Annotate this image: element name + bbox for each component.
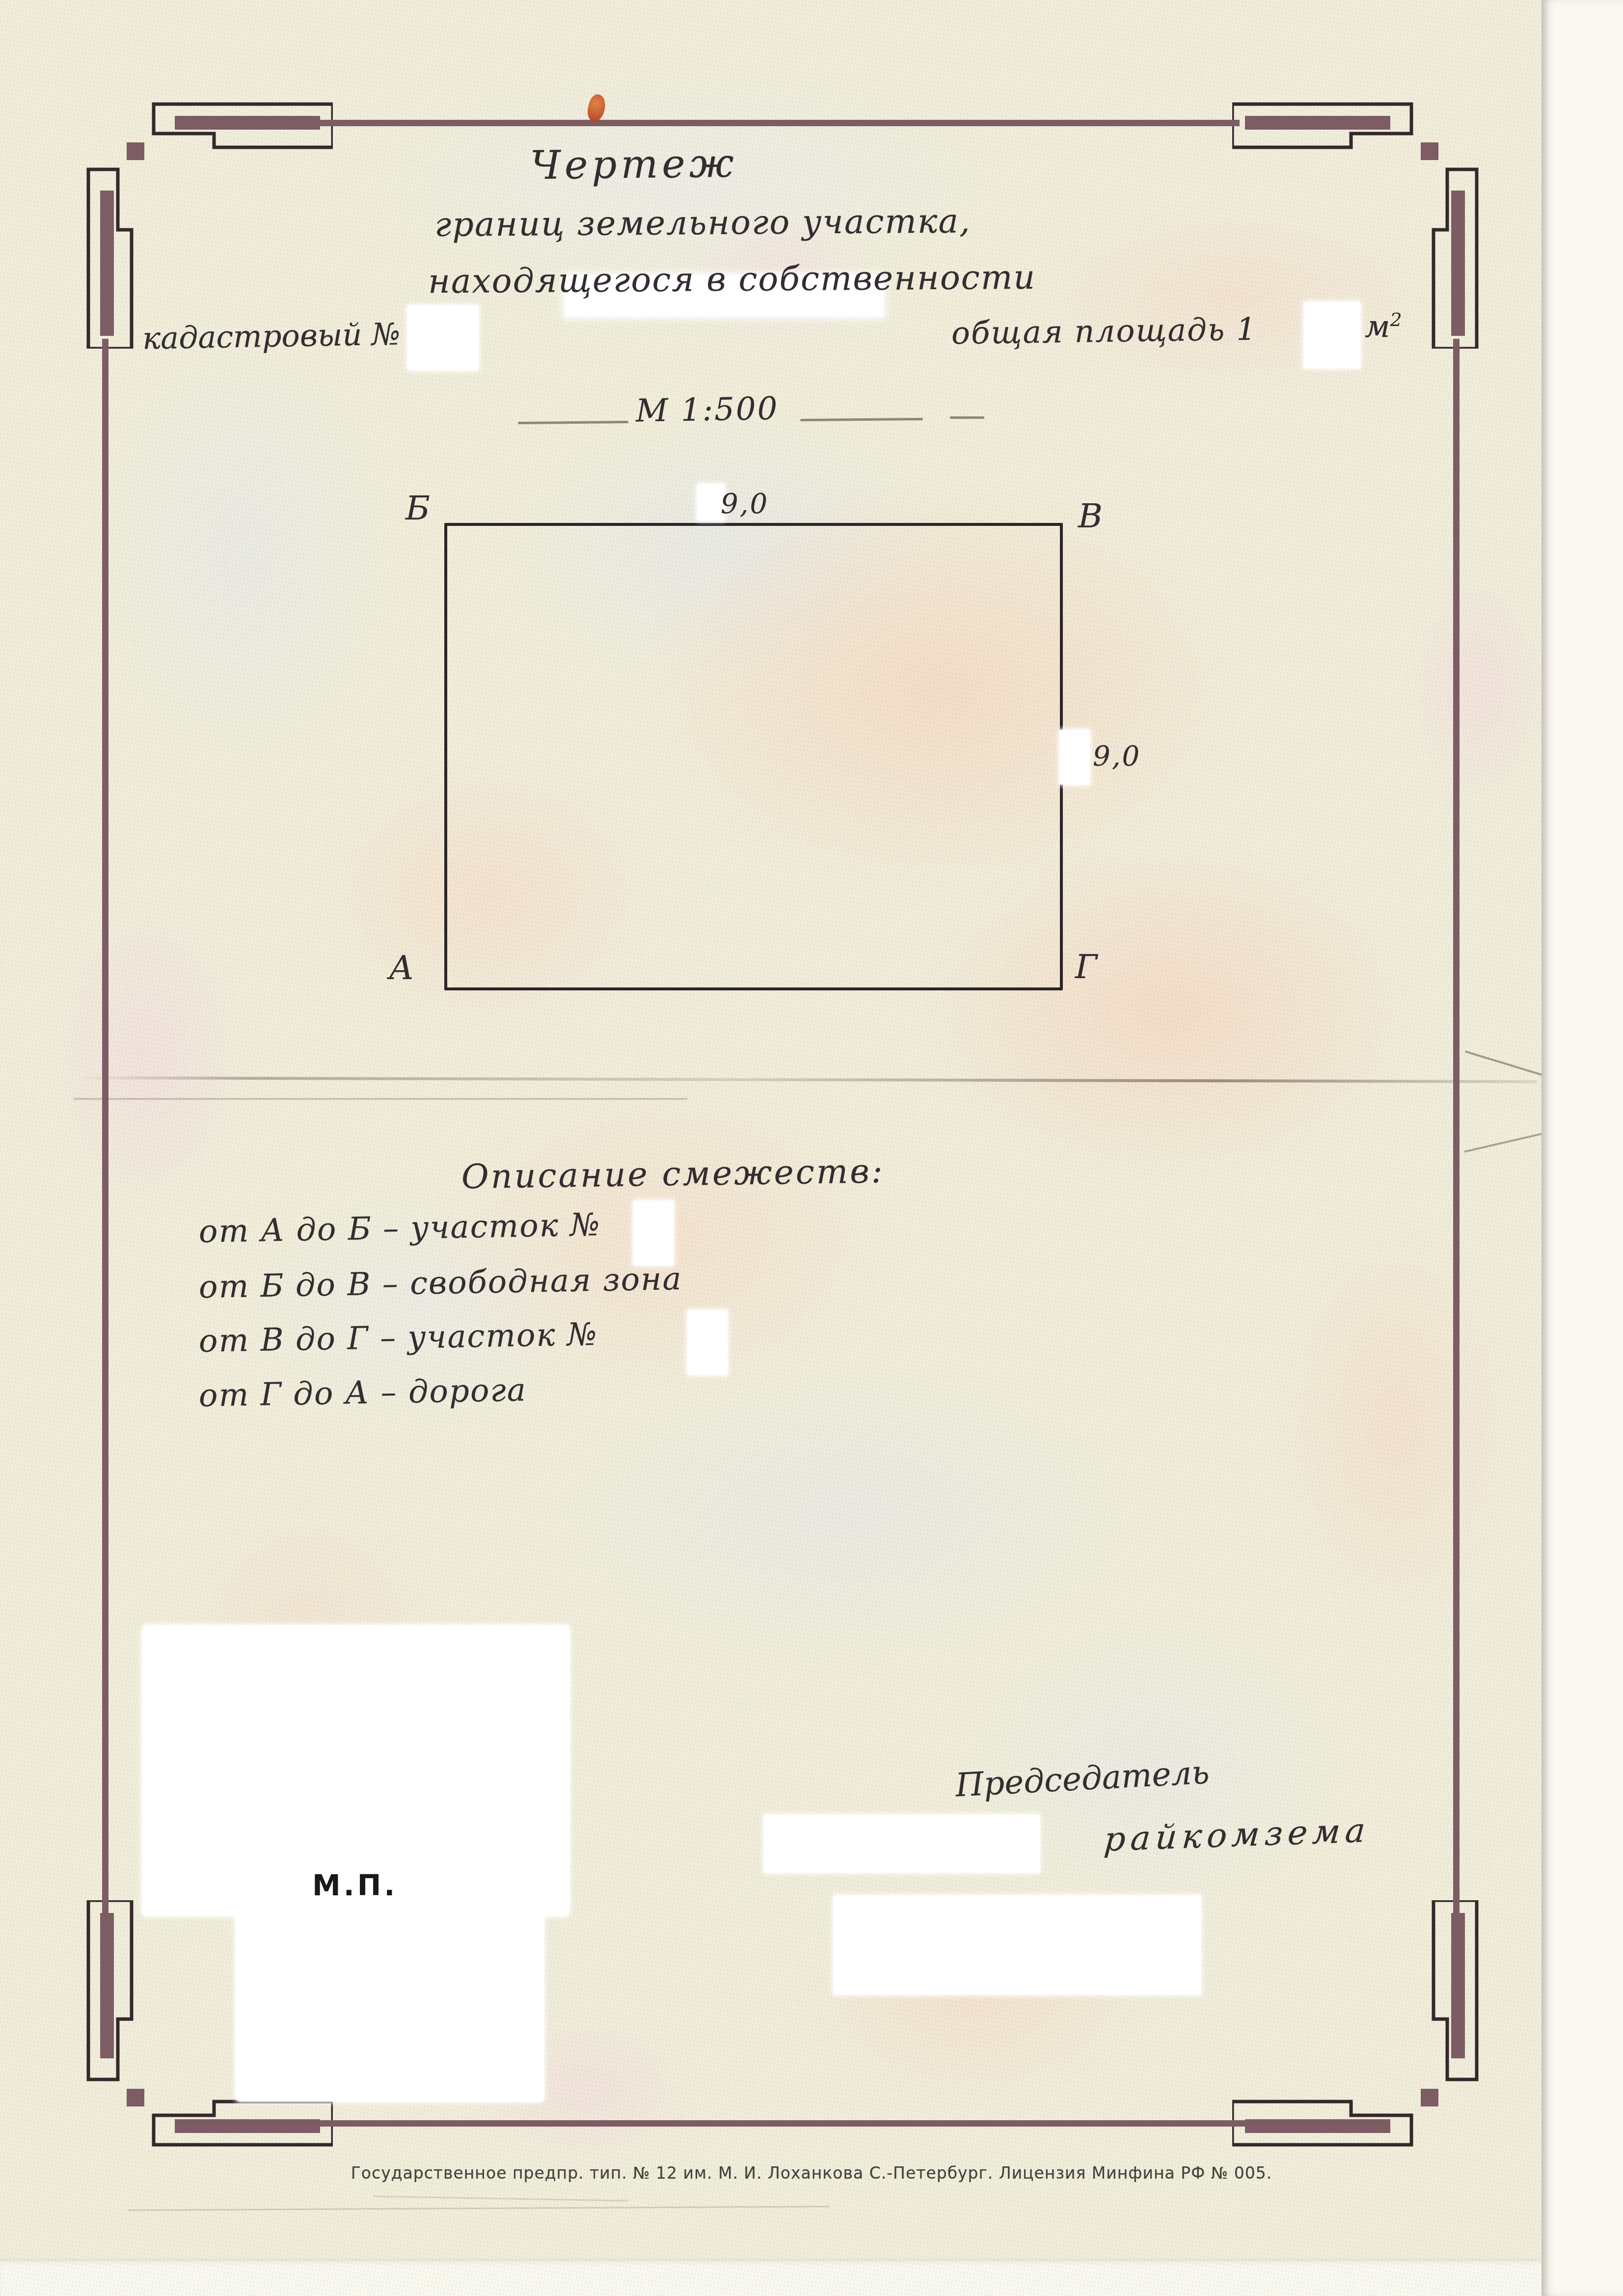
scale-dash-right — [800, 418, 923, 421]
total-area-label: общая площадь 1 — [951, 311, 1257, 352]
redaction-patch-signatory-name — [764, 1815, 1040, 1873]
plot-corner-label-a: А — [389, 949, 414, 987]
corner-ornament-top-right-icon — [1232, 74, 1507, 349]
area-unit: м2 — [1365, 308, 1402, 344]
scale-notation: М 1:500 — [635, 390, 779, 429]
scan-page-edge-bottom — [0, 2259, 1623, 2296]
adjacency-item-v-g: от В до Г – участок № — [198, 1316, 598, 1360]
total-area-visible-digit: 1 — [1236, 311, 1257, 348]
plot-corner-label-g: Г — [1075, 948, 1097, 986]
redaction-patch-adjacency-v-g — [687, 1310, 728, 1375]
redaction-patch-signature — [834, 1895, 1201, 1995]
frame-border-left — [102, 339, 108, 1917]
plot-dimension-top: 9,0 — [721, 488, 769, 520]
document-title-line3: находящегося в собственности — [428, 258, 1036, 301]
area-unit-exponent: 2 — [1390, 309, 1402, 330]
document-title-line2: границ земельного участка, — [434, 202, 971, 245]
cadastral-number-label: кадастровый № — [142, 316, 401, 356]
plot-boundary-rectangle — [444, 523, 1063, 990]
frame-border-right — [1453, 339, 1460, 1916]
adjacency-item-b-v: от Б до В – свободная зона — [198, 1261, 682, 1306]
scale-dash-right-short — [950, 416, 984, 419]
signatory-position-line1: Председатель — [954, 1753, 1210, 1804]
fold-crease-line-secondary — [74, 1098, 687, 1100]
area-unit-base: м — [1365, 308, 1390, 344]
redaction-patch-adjacency-a-b — [633, 1201, 674, 1265]
printing-house-imprint: Государственное предпр. тип. № 12 им. М.… — [0, 2163, 1623, 2183]
redaction-patch-right-dimension — [1059, 730, 1090, 785]
frame-border-bottom — [319, 2120, 1247, 2127]
redaction-patch-cadastral-number — [407, 305, 479, 370]
seal-placeholder-label: М.П. — [312, 1869, 398, 1902]
adjacency-item-g-a: от Г до А – дорога — [198, 1372, 527, 1414]
corner-ornament-top-left-icon — [58, 74, 333, 349]
frame-border-top — [317, 120, 1240, 126]
scale-dash-left — [518, 421, 628, 424]
signatory-position-line2: райкомзема — [1103, 1811, 1371, 1859]
corner-ornament-bottom-right-icon — [1232, 1900, 1507, 2175]
scan-page-edge-right — [1542, 0, 1623, 2296]
total-area-label-text: общая площадь — [951, 312, 1226, 352]
adjacency-item-a-b: от А до Б – участок № — [198, 1207, 601, 1250]
plot-dimension-right: 9,0 — [1093, 740, 1141, 772]
redaction-patch-area-value — [1304, 302, 1360, 368]
faint-pencil-scribble-short — [373, 2195, 628, 2201]
plot-corner-label-b: Б — [406, 489, 430, 528]
redaction-patch-seal-area-lower — [236, 1904, 544, 2102]
adjacency-section-header: Описание смежеств: — [461, 1152, 885, 1197]
document-title-line1: Чертеж — [530, 140, 738, 188]
faint-pencil-scribble — [128, 2206, 830, 2211]
fold-crease-line — [74, 1076, 1537, 1083]
red-ink-mark — [585, 93, 608, 124]
scanned-document-page: Чертеж границ земельного участка, находя… — [0, 0, 1623, 2296]
plot-corner-label-v: В — [1078, 497, 1103, 536]
